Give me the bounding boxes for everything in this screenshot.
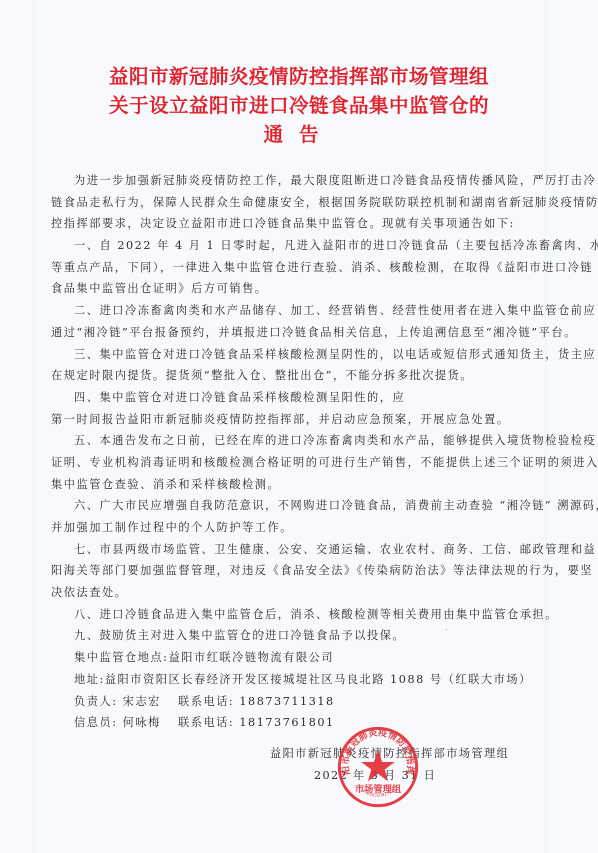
text-line: 通过“湘冷链”平台报备预约，并填报进口冷链食品相关信息，上传追溯信息至“湘冷链”… xyxy=(51,322,551,344)
scan-speck xyxy=(262,632,264,634)
title-line-2: 关于设立益阳市进口冷链食品集中监管仓的 xyxy=(0,91,598,120)
text-line: 证明、专业机构消毒证明和核酸检测合格证明的可进行生产销售，不能提供上述三个证明的… xyxy=(51,452,551,474)
scanned-document-page: 益阳市新冠肺炎疫情防控指挥部市场管理组 关于设立益阳市进口冷链食品集中监管仓的 … xyxy=(0,0,598,853)
info-officer-contact: 信息员: 何咏梅 联系电话: 18173761801 xyxy=(51,712,551,734)
manager-phone: 18873711318 xyxy=(239,695,334,708)
text-line: 二、进口冷冻畜禽肉类和水产品储存、加工、经营销售、经营性使用者在进入集中监管仓前… xyxy=(51,300,551,322)
paragraph-item-2: 二、进口冷冻畜禽肉类和水产品储存、加工、经营销售、经营性使用者在进入集中监管仓前… xyxy=(51,300,551,343)
official-seal-icon: 益阳市新冠肺炎疫情防控指挥部 市场管理组 4309031092713 xyxy=(336,725,420,809)
manager-name: 宋志宏 xyxy=(123,695,161,708)
title-line-3: 通告 xyxy=(0,120,598,149)
address-value: 益阳市资阳区长春经济开发区接城堤社区马良北路 1088 号（红联大市场） xyxy=(105,673,532,686)
text-line: 六、广大市民应增强自我防范意识，不网购进口冷链食品，消费前主动查验 “湘冷链” … xyxy=(51,495,551,517)
address-label: 地址: xyxy=(74,673,105,686)
text-line: 集中监管仓查验、消杀和采样核酸检测。 xyxy=(51,474,551,496)
paragraph-item-9: 九、鼓励货主对进入集中监管仓的进口冷链食品予以投保。 xyxy=(51,625,551,647)
paragraph-item-3: 三、集中监管仓对进口冷链食品采样核酸检测呈阴性的，以电话或短信形式通知货主，货主… xyxy=(51,344,551,387)
manager-phone-label: 联系电话: xyxy=(178,695,234,708)
text-line: 控指挥部要求，决定设立益阳市进口冷链食品集中监管仓。现就有关事项通告如下: xyxy=(51,213,551,235)
text-line: 五、本通告发布之日前，已经在库的进口冷冻畜禽肉类和水产品，能够提供入境货物检验检… xyxy=(51,430,551,452)
text-line: 等重点产品，下同），一律进入集中监管仓进行查验、消杀、核酸检测，在取得《益阳市进… xyxy=(51,257,551,279)
text-line: 在规定时限内提货。提货须“整批入仓、整批出仓”，不能分拆多批次提货。 xyxy=(51,365,551,387)
text-line: 阳海关等部门要加强监督管理，对违反《食品安全法》《传染病防治法》等法律法规的行为… xyxy=(51,560,551,582)
location-label: 集中监管仓地点: xyxy=(74,651,168,664)
title-line-1: 益阳市新冠肺炎疫情防控指挥部市场管理组 xyxy=(0,62,598,91)
info-label: 信息员: xyxy=(74,716,118,729)
document-body: 为进一步加强新冠肺炎疫情防控工作，最大限度阻断进口冷链食品疫情传播风险，严厉打击… xyxy=(51,170,551,734)
paragraph-item-7: 七、市县两级市场监管、卫生健康、公安、交通运输、农业农村、商务、工信、邮政管理和… xyxy=(51,539,551,604)
info-phone-label: 联系电话: xyxy=(178,716,234,729)
text-line: 第一时间报告益阳市新冠肺炎疫情防控指挥部，并启动应急预案，开展应急处置。 xyxy=(51,409,551,431)
text-line: 并加强加工制作过程中的个人防护等工作。 xyxy=(51,517,551,539)
text-line: 一、自 2022 年 4 月 1 日零时起，凡进入益阳市的进口冷链食品（主要包括… xyxy=(51,235,551,257)
scan-speck xyxy=(446,629,447,630)
paragraph-item-8: 八、进口冷链食品进入集中监管仓后，消杀、核酸检测等相关费用由集中监管仓承担。 xyxy=(51,604,551,626)
contact-info: 集中监管仓地点:益阳市红联冷链物流有限公司 地址:益阳市资阳区长春经济开发区接城… xyxy=(51,647,551,734)
text-line: 四、集中监管仓对进口冷链食品采样核酸检测呈阳性的，应 xyxy=(51,387,551,409)
location-value: 益阳市红联冷链物流有限公司 xyxy=(168,651,334,664)
warehouse-address: 地址:益阳市资阳区长春经济开发区接城堤社区马良北路 1088 号（红联大市场） xyxy=(51,669,551,691)
manager-label: 负责人: xyxy=(74,695,118,708)
text-line: 食品集中监管出仓证明》后方可销售。 xyxy=(51,278,551,300)
text-line: 决依法查处。 xyxy=(51,582,551,604)
info-phone: 18173761801 xyxy=(239,716,334,729)
text-line: 七、市县两级市场监管、卫生健康、公安、交通运输、农业农村、商务、工信、邮政管理和… xyxy=(51,539,551,561)
text-line: 九、鼓励货主对进入集中监管仓的进口冷链食品予以投保。 xyxy=(51,625,551,647)
paragraph-item-5: 五、本通告发布之日前，已经在库的进口冷冻畜禽肉类和水产品，能够提供入境货物检验检… xyxy=(51,430,551,495)
text-line: 链食品走私行为，保障人民群众生命健康安全，根据国务院联防联控机制和湖南省新冠肺炎… xyxy=(51,192,551,214)
signature-block: 益阳市新冠肺炎疫情防控指挥部市场管理组 2022 年 3 月 31 日 xyxy=(270,743,570,787)
warehouse-location: 集中监管仓地点:益阳市红联冷链物流有限公司 xyxy=(51,647,551,669)
document-title: 益阳市新冠肺炎疫情防控指挥部市场管理组 关于设立益阳市进口冷链食品集中监管仓的 … xyxy=(0,62,598,149)
manager-contact: 负责人: 宋志宏 联系电话: 18873711318 xyxy=(51,691,551,713)
info-name: 何咏梅 xyxy=(123,716,161,729)
text-line: 为进一步加强新冠肺炎疫情防控工作，最大限度阻断进口冷链食品疫情传播风险，严厉打击… xyxy=(51,170,551,192)
issue-date: 2022 年 3 月 31 日 xyxy=(270,765,570,787)
paragraph-item-6: 六、广大市民应增强自我防范意识，不网购进口冷链食品，消费前主动查验 “湘冷链” … xyxy=(51,495,551,538)
text-line: 八、进口冷链食品进入集中监管仓后，消杀、核酸检测等相关费用由集中监管仓承担。 xyxy=(51,604,551,626)
issuing-organization: 益阳市新冠肺炎疫情防控指挥部市场管理组 xyxy=(270,743,570,765)
paragraph-item-4: 四、集中监管仓对进口冷链食品采样核酸检测呈阳性的，应 第一时间报告益阳市新冠肺炎… xyxy=(51,387,551,430)
paragraph-item-1: 一、自 2022 年 4 月 1 日零时起，凡进入益阳市的进口冷链食品（主要包括… xyxy=(51,235,551,300)
paragraph-preamble: 为进一步加强新冠肺炎疫情防控工作，最大限度阻断进口冷链食品疫情传播风险，严厉打击… xyxy=(51,170,551,235)
text-line: 三、集中监管仓对进口冷链食品采样核酸检测呈阴性的，以电话或短信形式通知货主，货主… xyxy=(51,344,551,366)
